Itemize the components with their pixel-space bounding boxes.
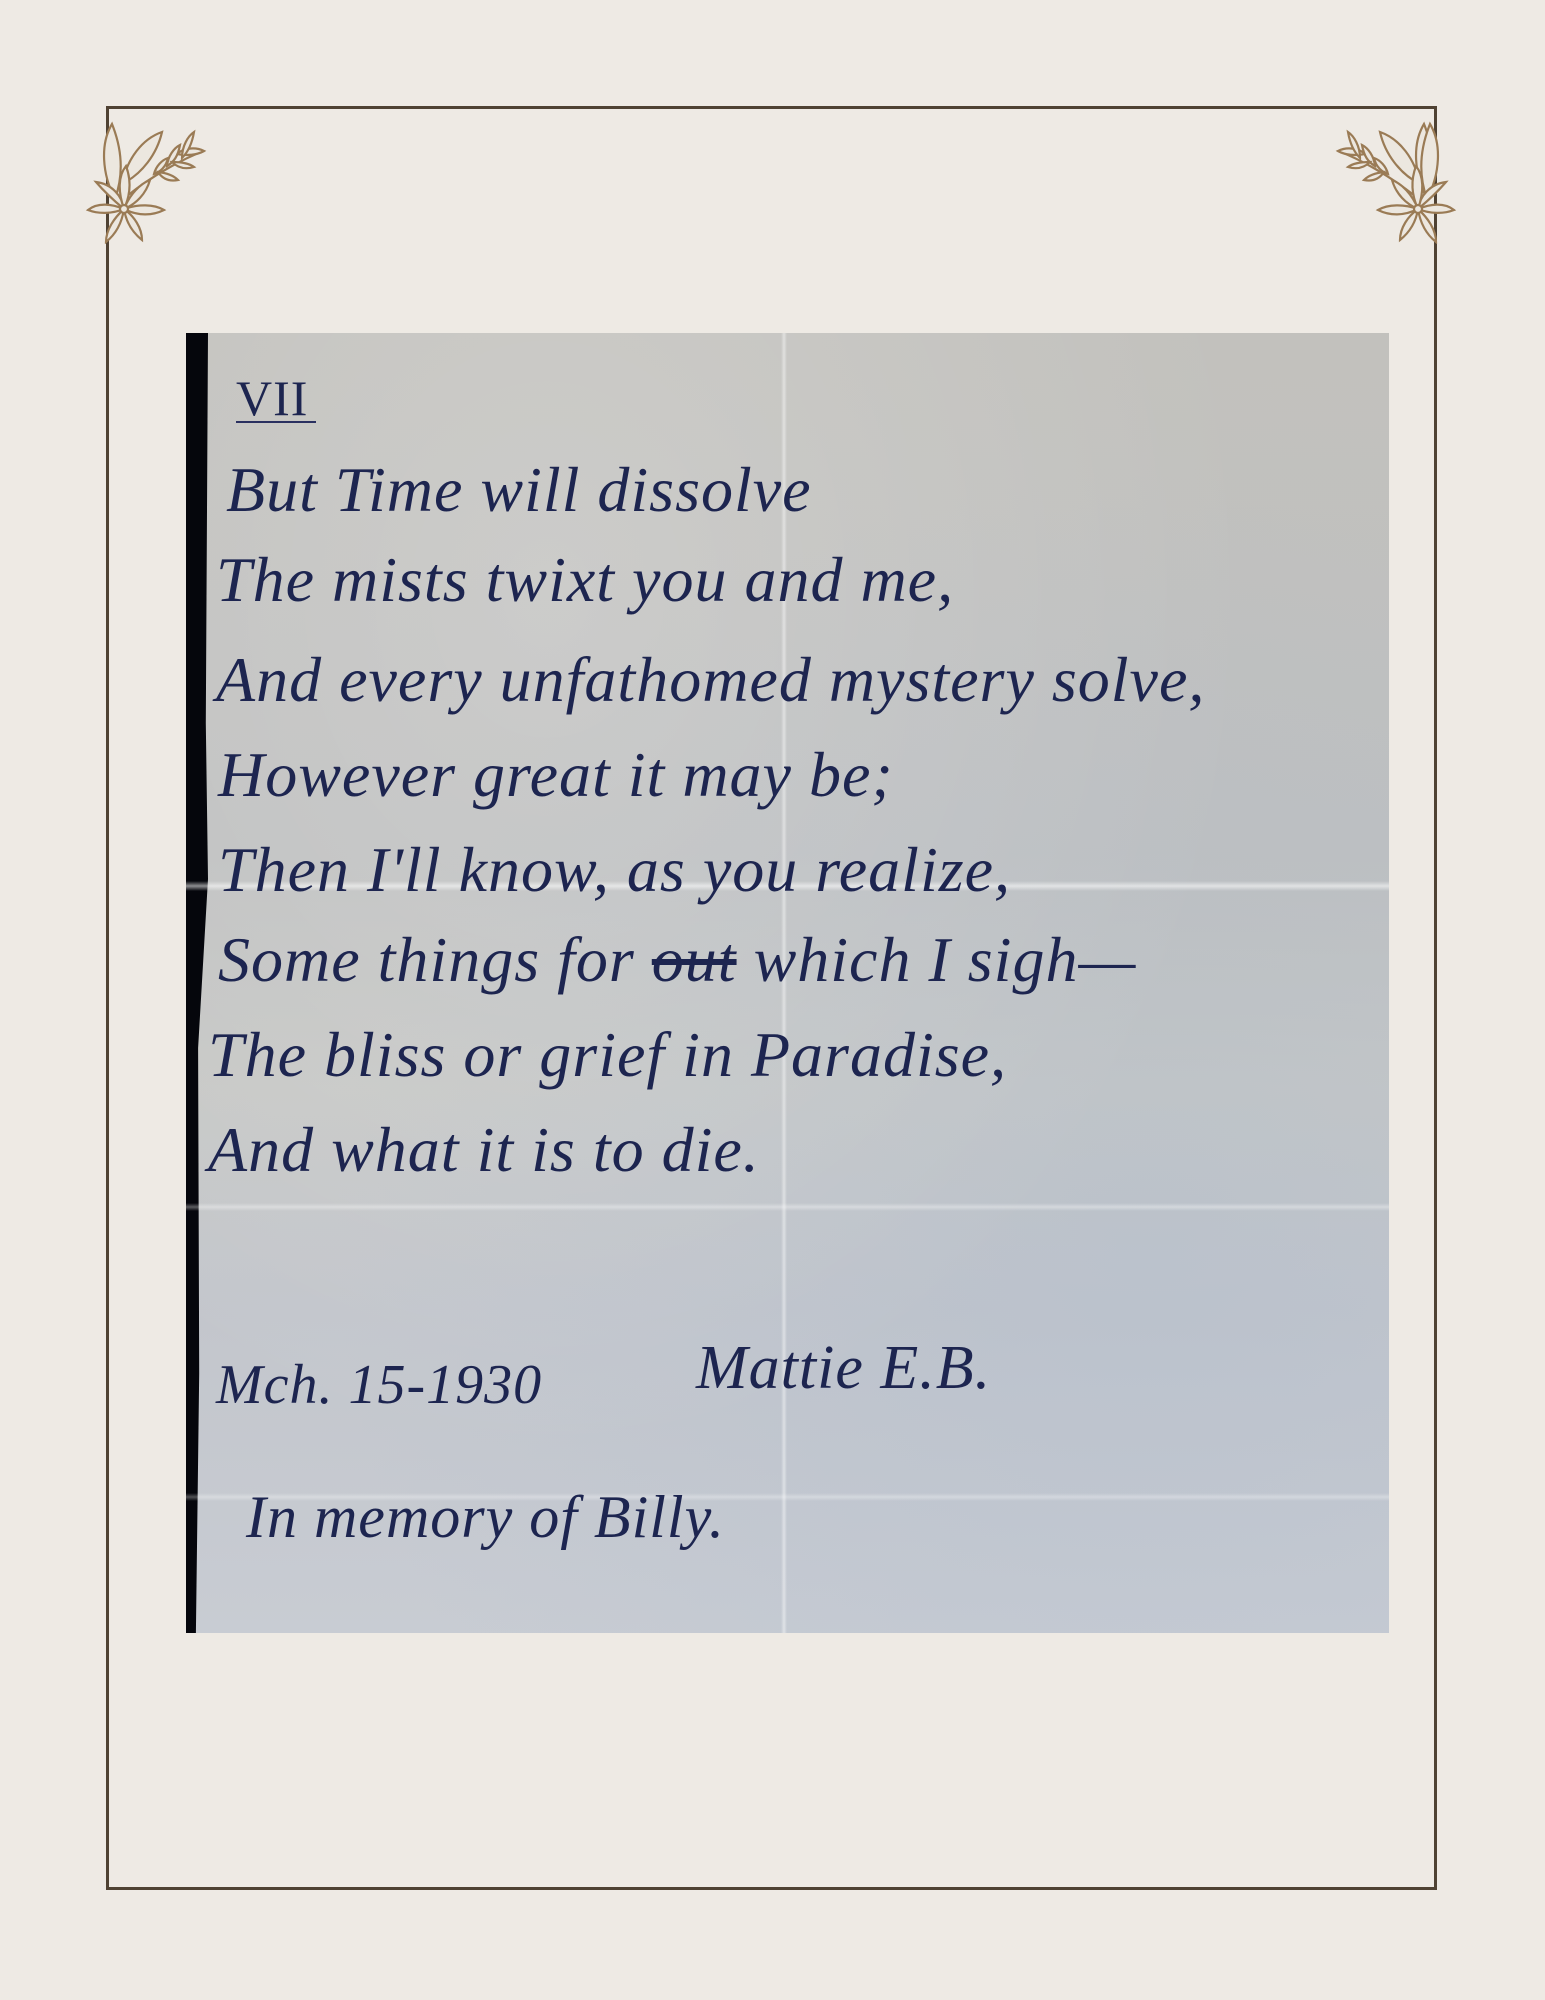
signature: Mattie E.B.	[696, 1333, 991, 1404]
poem-line: The mists twixt you and me,	[216, 543, 954, 617]
handwritten-letter-photo: VII But Time will dissolve The mists twi…	[186, 333, 1389, 1633]
section-numeral: VII	[236, 375, 316, 423]
floral-ornament-icon	[1310, 104, 1460, 244]
poem-line: Some things for out which I sigh—	[218, 923, 1136, 997]
letter-date: Mch. 15-1930	[216, 1353, 542, 1417]
dedication: In memory of Billy.	[246, 1483, 725, 1552]
poem-line-text: Some things for	[218, 924, 652, 995]
poem-line: And what it is to die.	[208, 1113, 760, 1187]
poem-line: The bliss or grief in Paradise,	[208, 1018, 1007, 1092]
paper-fold	[186, 1203, 1389, 1211]
poem-line: But Time will dissolve	[226, 453, 812, 527]
poem-line: Then I'll know, as you realize,	[218, 833, 1011, 907]
scan-dark-edge	[186, 333, 208, 1633]
poem-line-text: which I sigh—	[737, 924, 1137, 995]
poem-line: And every unfathomed mystery solve,	[216, 643, 1205, 717]
floral-ornament-icon	[82, 104, 232, 244]
poem-line: However great it may be;	[218, 738, 894, 812]
struck-word: out	[652, 924, 737, 995]
